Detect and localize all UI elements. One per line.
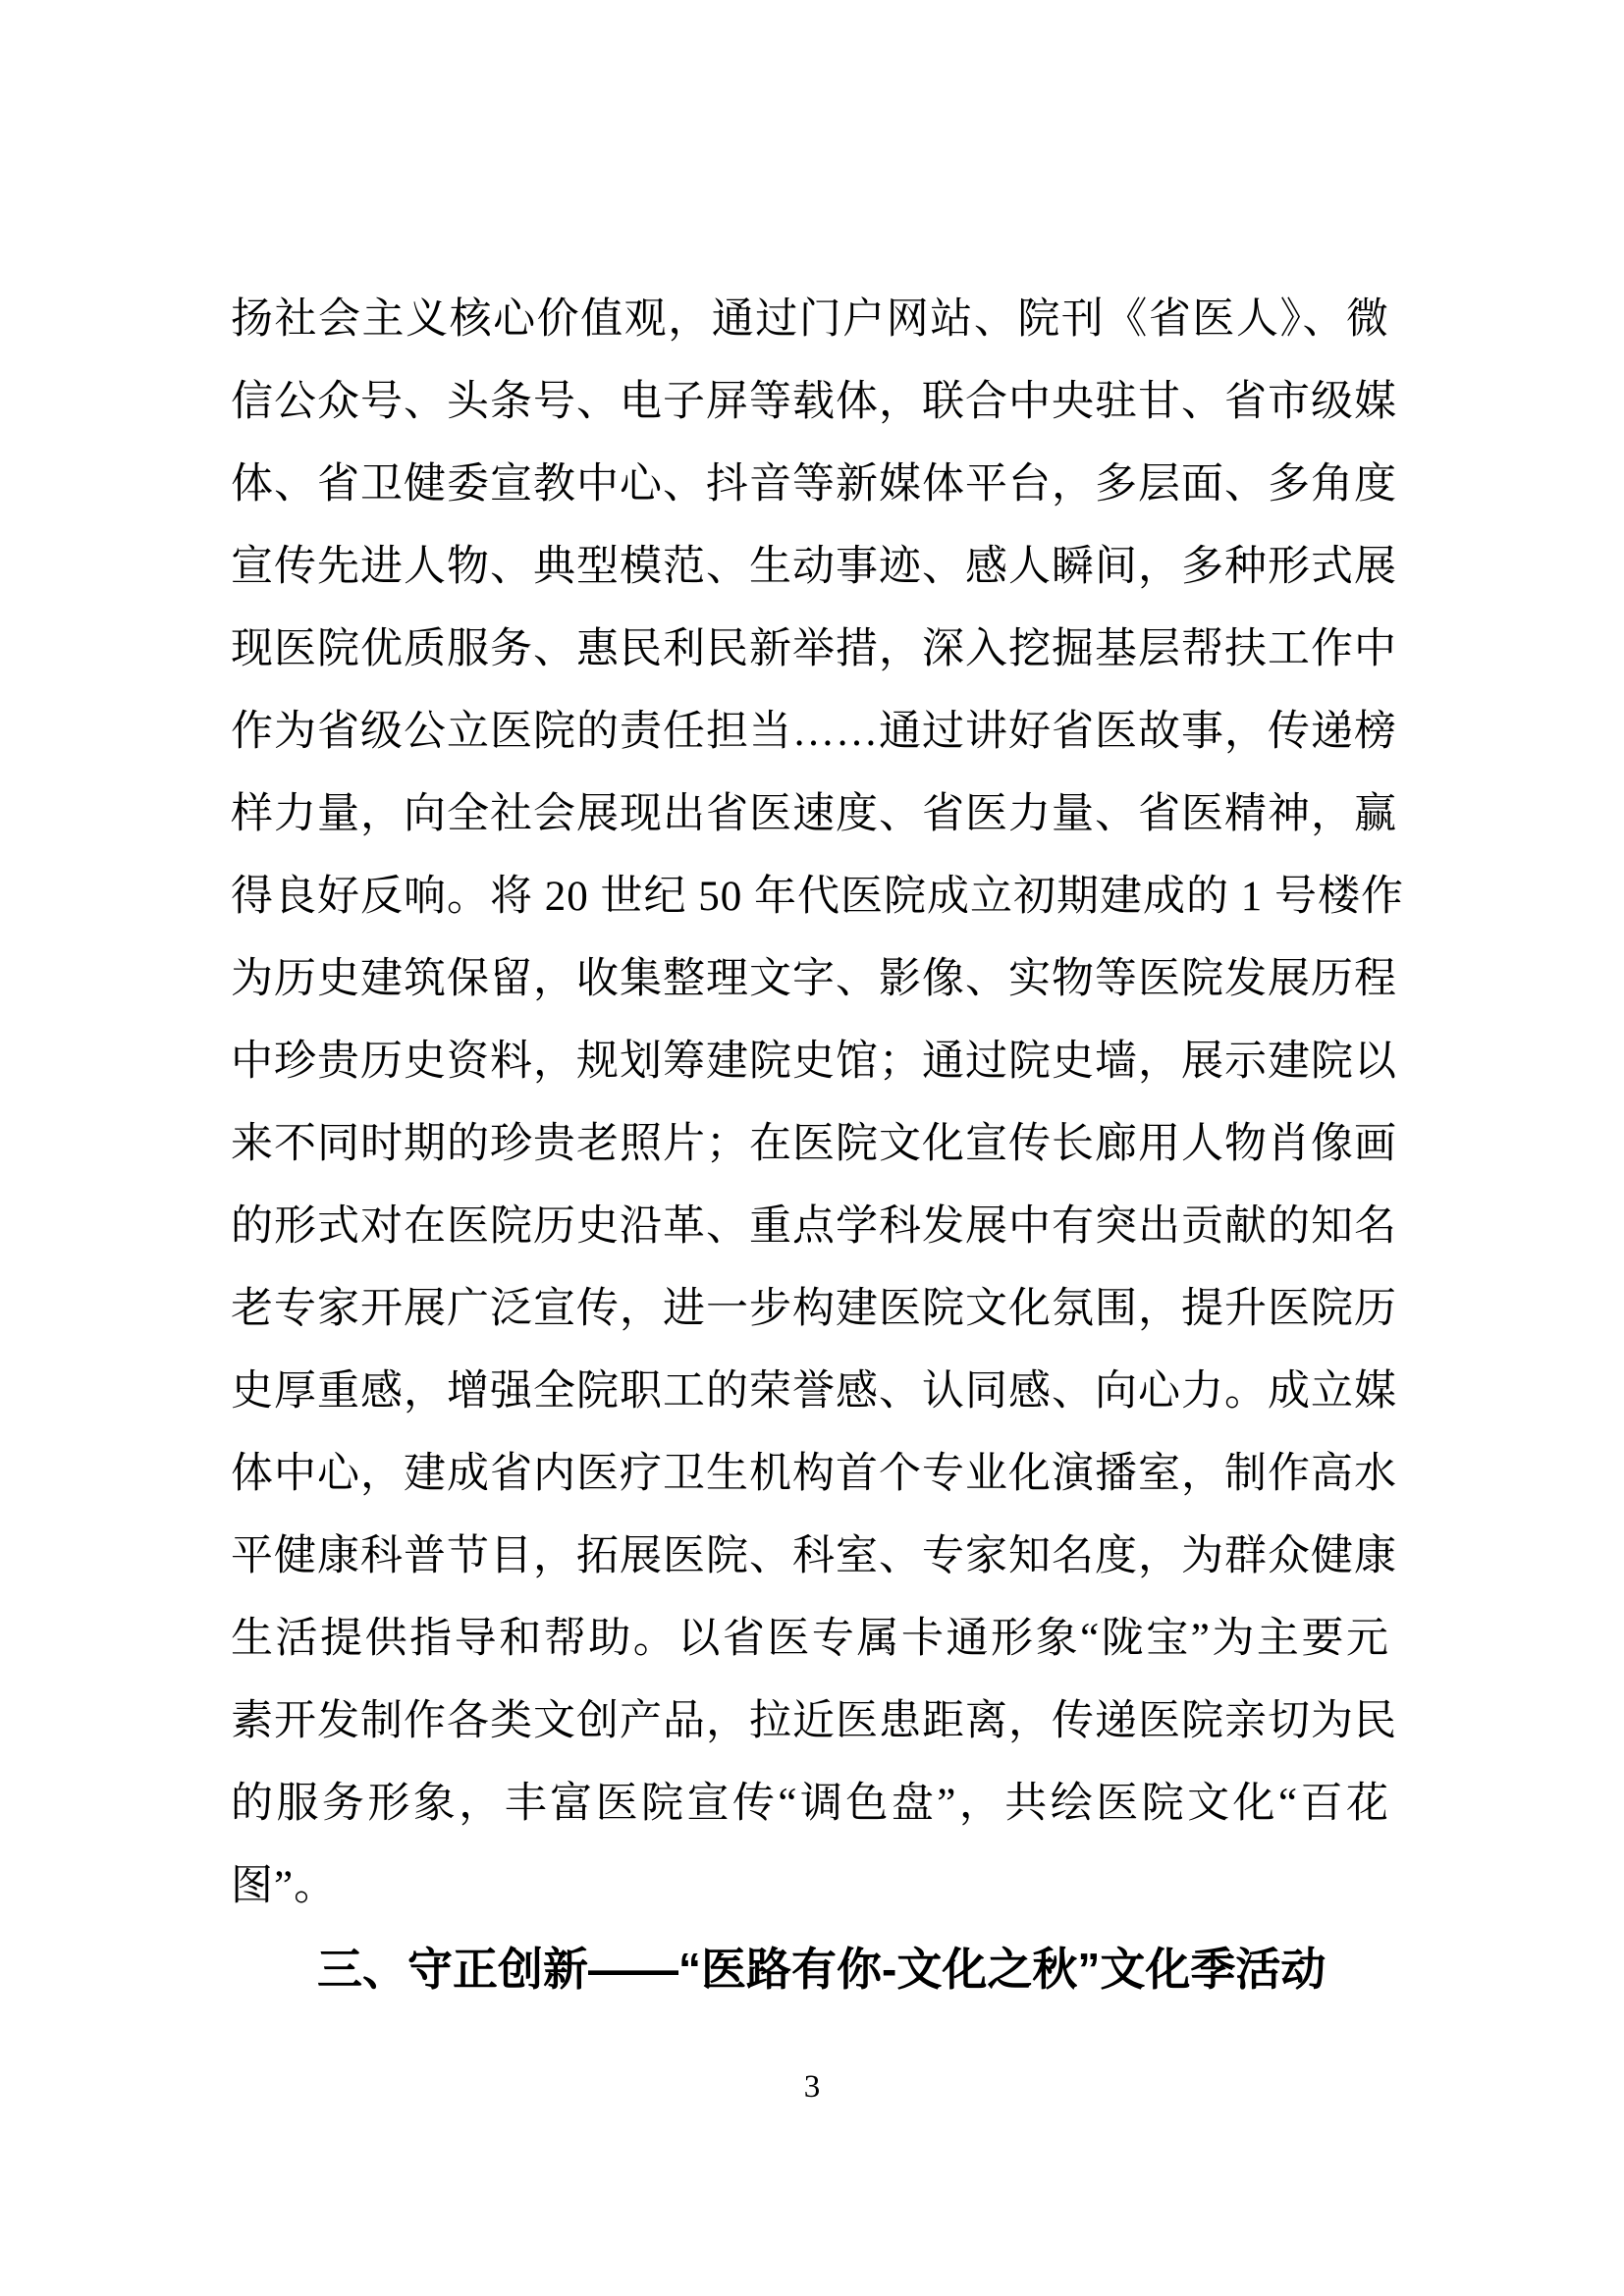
paragraph-line: 信公众号、头条号、电子屏等载体，联合中央驻甘、省市级媒 <box>231 361 1389 444</box>
paragraph-line: 的形式对在医院历史沿革、重点学科发展中有突出贡献的知名 <box>231 1186 1389 1268</box>
paragraph-line: 宣传先进人物、典型模范、生动事迹、感人瞬间，多种形式展 <box>231 526 1389 609</box>
paragraph-line: 为历史建筑保留，收集整理文字、影像、实物等医院发展历程 <box>231 938 1389 1021</box>
paragraph-line: 素开发制作各类文创产品，拉近医患距离，传递医院亲切为民 <box>231 1681 1389 1763</box>
paragraph-line: 图”。 <box>231 1845 1389 1928</box>
body-text: 扬社会主义核心价值观，通过门户网站、院刊《省医人》、微 信公众号、头条号、电子屏… <box>231 279 1389 2010</box>
paragraph-line: 生活提供指导和帮助。以省医专属卡通形象“陇宝”为主要元 <box>231 1598 1389 1681</box>
paragraph-line: 作为省级公立医院的责任担当……通过讲好省医故事，传递榜 <box>231 691 1389 774</box>
paragraph-line: 的服务形象，丰富医院宣传“调色盘”，共绘医院文化“百花 <box>231 1763 1389 1845</box>
paragraph-line: 扬社会主义核心价值观，通过门户网站、院刊《省医人》、微 <box>231 279 1389 361</box>
paragraph-line: 来不同时期的珍贵老照片；在医院文化宣传长廊用人物肖像画 <box>231 1103 1389 1186</box>
paragraph-line: 现医院优质服务、惠民利民新举措，深入挖掘基层帮扶工作中 <box>231 609 1389 691</box>
paragraph-line: 得良好反响。将 20 世纪 50 年代医院成立初期建成的 1 号楼作 <box>231 856 1389 938</box>
page-number: 3 <box>0 2065 1624 2109</box>
paragraph-line: 中珍贵历史资料，规划筹建院史馆；通过院史墙，展示建院以 <box>231 1021 1389 1103</box>
paragraph-line: 史厚重感，增强全院职工的荣誉感、认同感、向心力。成立媒 <box>231 1351 1389 1433</box>
document-page: 扬社会主义核心价值观，通过门户网站、院刊《省医人》、微 信公众号、头条号、电子屏… <box>0 0 1624 2296</box>
paragraph-line: 样力量，向全社会展现出省医速度、省医力量、省医精神，赢 <box>231 774 1389 856</box>
section-heading: 三、守正创新——“医路有你-文化之秋”文化季活动 <box>231 1928 1389 2010</box>
paragraph-line: 老专家开展广泛宣传，进一步构建医院文化氛围，提升医院历 <box>231 1268 1389 1351</box>
paragraph-line: 体、省卫健委宣教中心、抖音等新媒体平台，多层面、多角度 <box>231 444 1389 526</box>
paragraph-line: 平健康科普节目，拓展医院、科室、专家知名度，为群众健康 <box>231 1516 1389 1598</box>
paragraph-line: 体中心，建成省内医疗卫生机构首个专业化演播室，制作高水 <box>231 1433 1389 1516</box>
